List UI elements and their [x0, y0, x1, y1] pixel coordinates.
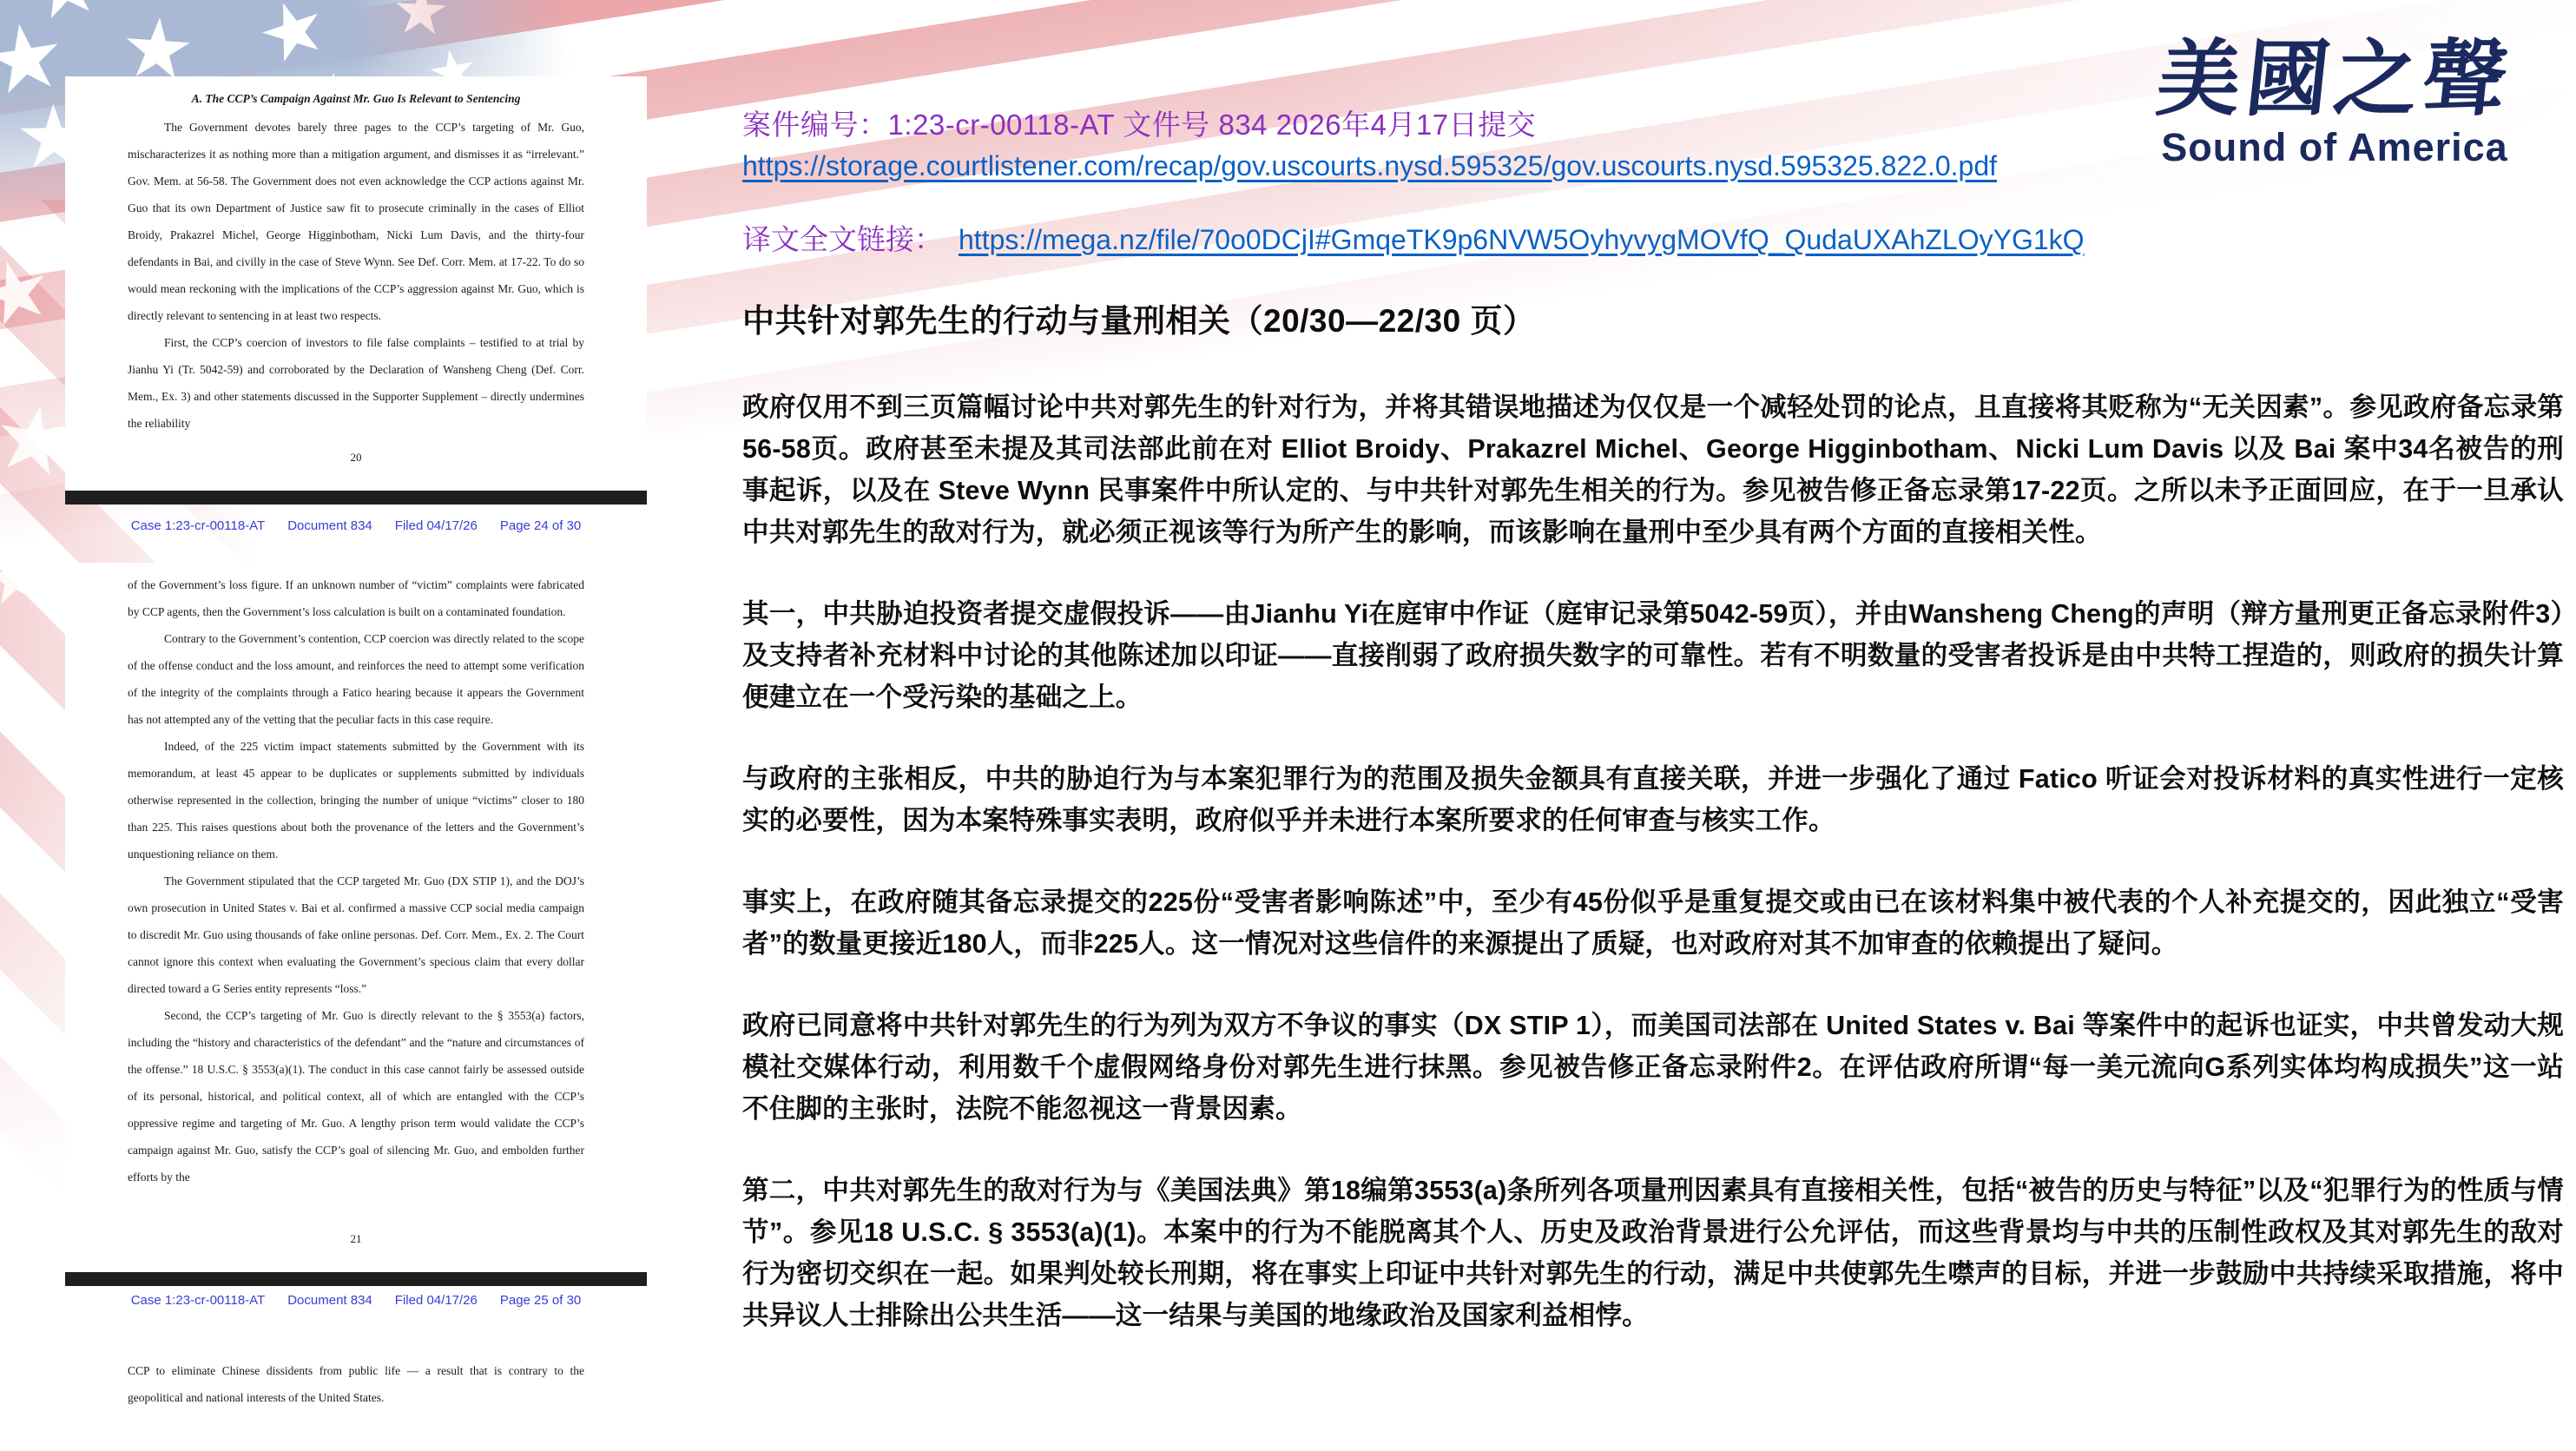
footer-page: Page 25 of 30: [500, 1293, 581, 1308]
footer-page: Page 24 of 30: [500, 518, 581, 533]
doc-section-heading: A. The CCP’s Campaign Against Mr. Guo Is…: [128, 85, 584, 112]
translation-row: 译文全文链接：https://mega.nz/file/70o0DCjI#Gmq…: [742, 217, 2564, 258]
footer-document: Document 834: [287, 518, 372, 533]
logo-english-text: Sound of America: [2126, 125, 2543, 170]
translation-link[interactable]: https://mega.nz/file/70o0DCjI#GmqeTK9p6N…: [959, 224, 2085, 256]
body-paragraph: 第二，中共对郭先生的敌对行为与《美国法典》第18编第3553(a)条所列各项量刑…: [742, 1170, 2564, 1336]
doc-paragraph-continuation: of the Government’s loss figure. If an u…: [128, 571, 584, 625]
body-paragraphs: 政府仅用不到三页篇幅讨论中共对郭先生的针对行为，并将其错误地描述为仅仅是一个减轻…: [742, 386, 2564, 1336]
document-page-26: CCP to eliminate Chinese dissidents from…: [65, 1342, 647, 1451]
footer-document: Document 834: [287, 1293, 372, 1308]
main-content: 案件编号：1:23-cr-00118-AT 文件号 834 2026年4月17日…: [742, 102, 2564, 1376]
footer-case: Case 1:23-cr-00118-AT: [131, 518, 266, 533]
footer-filed: Filed 04/17/26: [395, 1293, 478, 1308]
doc-paragraph: Second, the CCP’s targeting of Mr. Guo i…: [128, 1002, 584, 1190]
separator-bar: [65, 1272, 647, 1286]
doc-paragraph: The Government devotes barely three page…: [128, 114, 584, 329]
doc-paragraph-continuation: CCP to eliminate Chinese dissidents from…: [128, 1357, 584, 1411]
doc-paragraph: First, the CCP’s coercion of investors t…: [128, 329, 584, 437]
body-paragraph: 政府仅用不到三页篇幅讨论中共对郭先生的针对行为，并将其错误地描述为仅仅是一个减轻…: [742, 386, 2564, 553]
sound-of-america-logo: 美國之聲 Sound of America: [2126, 33, 2543, 169]
doc-page-number: 21: [65, 1232, 647, 1246]
star-icon: ★: [0, 538, 51, 617]
page-title: 中共针对郭先生的行动与量刑相关（20/30—22/30 页）: [742, 294, 2564, 341]
body-paragraph: 与政府的主张相反，中共的胁迫行为与本案犯罪行为的范围及损失金额具有直接关联，并进…: [742, 758, 2564, 841]
separator-bar: [65, 491, 647, 505]
translation-label: 译文全文链接：: [742, 223, 943, 255]
doc-page1-paragraphs: The Government devotes barely three page…: [128, 114, 584, 437]
body-paragraph: 政府已同意将中共针对郭先生的行为列为双方不争议的事实（DX STIP 1），而美…: [742, 1005, 2564, 1130]
footer-case: Case 1:23-cr-00118-AT: [131, 1293, 266, 1308]
doc-page-number: 20: [65, 451, 647, 465]
page: ★ ★ ★ ★ ★ ★ ★ ★ ★ ★ ★ ★ ★ ★ ★ ★ ★ A. The…: [0, 0, 2576, 1451]
doc-stamp-footer: Case 1:23-cr-00118-AT Document 834 Filed…: [65, 518, 647, 533]
logo-chinese-text: 美國之聲: [2121, 33, 2547, 125]
doc-paragraph: Contrary to the Government’s contention,…: [128, 625, 584, 733]
doc-paragraph: The Government stipulated that the CCP t…: [128, 867, 584, 1002]
body-paragraph: 事实上，在政府随其备忘录提交的225份“受害者影响陈述”中，至少有45份似乎是重…: [742, 881, 2564, 965]
star-icon: ★: [0, 8, 72, 110]
footer-filed: Filed 04/17/26: [395, 518, 478, 533]
pdf-link[interactable]: https://storage.courtlistener.com/recap/…: [742, 150, 1997, 182]
doc-paragraph: Indeed, of the 225 victim impact stateme…: [128, 733, 584, 867]
doc-page2-paragraphs: Contrary to the Government’s contention,…: [128, 625, 584, 1190]
body-paragraph: 其一，中共胁迫投资者提交虚假投诉——由Jianhu Yi在庭审中作证（庭审记录第…: [742, 593, 2564, 718]
document-page-24: A. The CCP’s Campaign Against Mr. Guo Is…: [65, 76, 647, 491]
court-document-column: A. The CCP’s Campaign Against Mr. Guo Is…: [65, 0, 647, 1451]
document-page-25: of the Government’s loss figure. If an u…: [65, 563, 647, 1272]
doc-stamp-footer: Case 1:23-cr-00118-AT Document 834 Filed…: [65, 1293, 647, 1308]
star-icon: ★: [0, 244, 62, 343]
